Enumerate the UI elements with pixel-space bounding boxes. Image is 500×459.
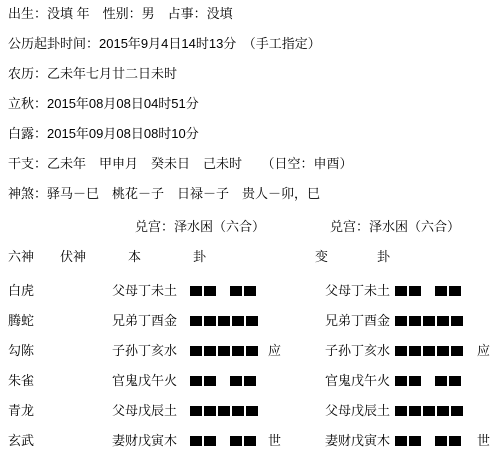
bian-line-glyph	[395, 285, 463, 296]
ben-line-glyph	[190, 315, 260, 326]
liushen-label: 白虎	[8, 283, 34, 298]
header-fushen: 伏神	[60, 249, 86, 264]
hexagram-row: 勾陈 子孙丁亥水 应 子孙丁亥水 应	[0, 343, 500, 359]
ganzhi-line: 干支：乙未年 甲申月 癸未日 己未时 （日空：申酉）	[8, 156, 353, 171]
bailu-term-line: 白露：2015年09月08日08时10分	[8, 126, 199, 141]
liushen-label: 青龙	[8, 403, 34, 418]
hexagram-row: 朱雀 官鬼戊午火 官鬼戊午火	[0, 373, 500, 389]
liushen-label: 勾陈	[8, 343, 34, 358]
bian-shi-ying-mark: 世	[477, 433, 490, 448]
liushen-label: 朱雀	[8, 373, 34, 388]
ben-line-text: 父母丁未土	[112, 283, 177, 298]
bian-line-text: 父母戊辰土	[325, 403, 390, 418]
bian-line-text: 兄弟丁酉金	[325, 313, 390, 328]
ben-line-glyph	[190, 285, 258, 296]
hexagram-row: 白虎 父母丁未土 父母丁未土	[0, 283, 500, 299]
liqiu-term-line: 立秋：2015年08月08日04时51分	[8, 96, 199, 111]
header-bian: 变	[315, 249, 328, 264]
ben-line-text: 妻财戊寅木	[112, 433, 177, 448]
header-bian-gua: 卦	[377, 249, 390, 264]
ben-shi-ying-mark: 世	[268, 433, 281, 448]
header-ben: 本	[128, 249, 141, 264]
liushen-label: 腾蛇	[8, 313, 34, 328]
liuyao-chart-page: 出生：没填 年 性别：男 占事：没填 公历起卦时间：2015年9月4日14时13…	[0, 0, 500, 459]
lunar-date-line: 农历：乙未年七月廿二日未时	[8, 66, 177, 81]
bian-shi-ying-mark: 应	[477, 343, 490, 358]
bian-line-glyph	[395, 375, 463, 386]
solar-cast-time-line: 公历起卦时间：2015年9月4日14时13分 （手工指定）	[8, 36, 321, 51]
hexagram-row: 玄武 妻财戊寅木 世 妻财戊寅木 世	[0, 433, 500, 449]
ben-line-text: 子孙丁亥水	[112, 343, 177, 358]
bian-line-text: 妻财戊寅木	[325, 433, 390, 448]
ben-line-text: 官鬼戊午火	[112, 373, 177, 388]
bian-palace-title: 兑宫：泽水困（六合）	[330, 219, 460, 234]
bian-line-text: 官鬼戊午火	[325, 373, 390, 388]
bian-line-text: 父母丁未土	[325, 283, 390, 298]
shensha-line: 神煞：驿马－巳 桃花－子 日禄－子 贵人－卯，巳	[8, 186, 320, 201]
ben-palace-title: 兑宫：泽水困（六合）	[135, 219, 265, 234]
bian-line-text: 子孙丁亥水	[325, 343, 390, 358]
bian-line-glyph	[395, 405, 465, 416]
bian-line-glyph	[395, 435, 463, 446]
liushen-label: 玄武	[8, 433, 34, 448]
ben-line-glyph	[190, 405, 260, 416]
hexagram-row: 腾蛇 兄弟丁酉金 兄弟丁酉金	[0, 313, 500, 329]
ben-line-text: 父母戊辰土	[112, 403, 177, 418]
header-ben-gua: 卦	[193, 249, 206, 264]
bian-line-glyph	[395, 345, 465, 356]
ben-line-glyph	[190, 435, 258, 446]
ben-line-glyph	[190, 345, 260, 356]
ben-line-text: 兄弟丁酉金	[112, 313, 177, 328]
birth-gender-line: 出生：没填 年 性别：男 占事：没填	[8, 6, 233, 21]
header-liushen: 六神	[8, 249, 34, 264]
ben-line-glyph	[190, 375, 258, 386]
bian-line-glyph	[395, 315, 465, 326]
hexagram-row: 青龙 父母戊辰土 父母戊辰土	[0, 403, 500, 419]
ben-shi-ying-mark: 应	[268, 343, 281, 358]
